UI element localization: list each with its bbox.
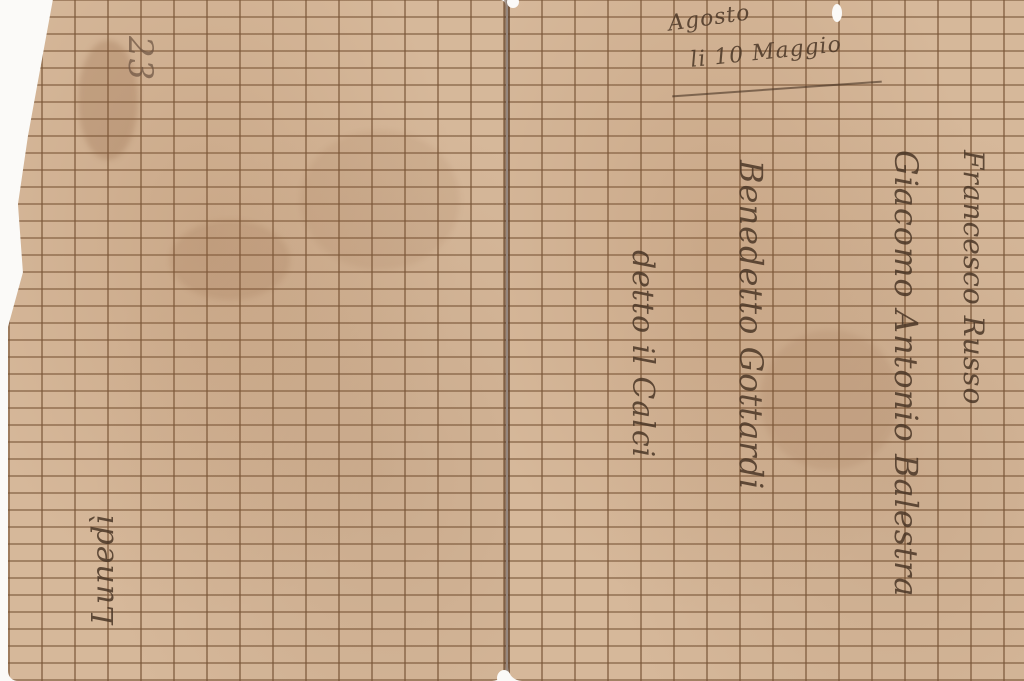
- vertical-line-3: Benedetto Gottardi: [732, 160, 770, 490]
- vertical-line-4: detto il Calci: [625, 250, 660, 458]
- corner-mark: 23: [120, 36, 160, 81]
- fold-notch-bottom: [497, 670, 511, 681]
- left-inscription: Lunedì: [86, 514, 121, 625]
- center-fold: [504, 0, 510, 681]
- water-stain: [760, 330, 900, 470]
- water-stain: [300, 130, 460, 270]
- vertical-line-2: Giacomo Antonio Balestra: [887, 150, 925, 597]
- vertical-line-1: Francesco Russo: [957, 150, 990, 405]
- paper-hole: [832, 4, 842, 22]
- water-stain: [170, 220, 290, 300]
